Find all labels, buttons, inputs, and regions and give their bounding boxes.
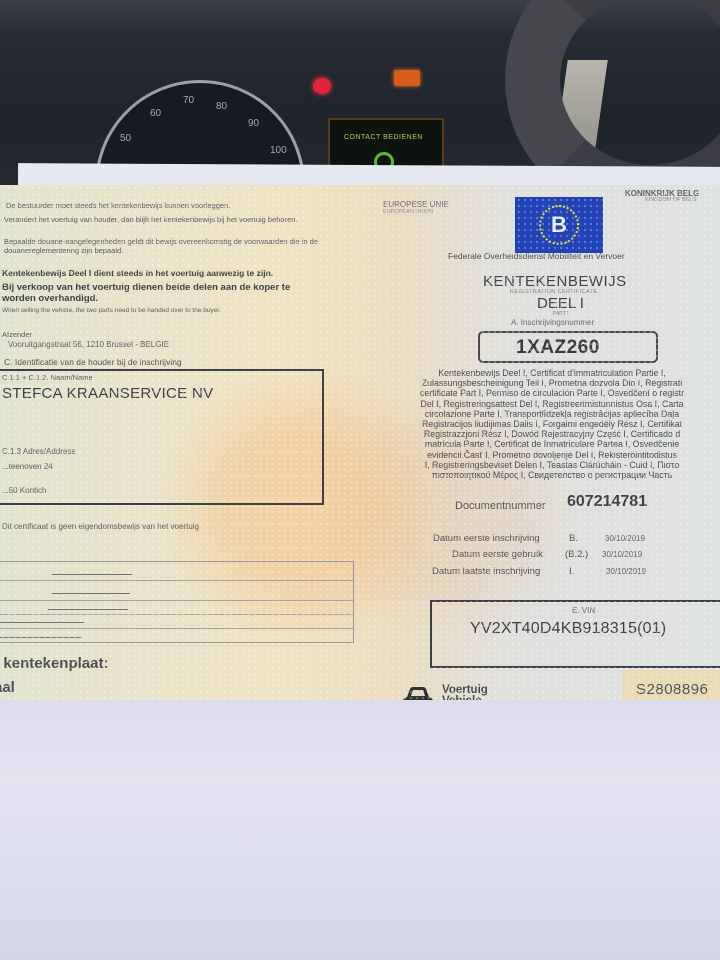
bold-note: Kentekenbewijs Deel I dient steeds in he…	[2, 268, 273, 278]
date-code: B.	[569, 533, 578, 544]
red-warning-light-icon	[313, 78, 331, 94]
envelope-paper	[0, 700, 720, 960]
multilingual-line: Registracijos liudijimas Dalis I, Forgal…	[372, 419, 720, 429]
blank-line	[0, 622, 84, 623]
plate-notice: • kentekenplaat:	[0, 655, 108, 672]
date-value: 30/10/2019	[606, 567, 646, 576]
registration-number: 1XAZ260	[516, 337, 600, 359]
blank-line	[52, 593, 130, 594]
multilingual-line: certificate Part I, Permiso de circulaci…	[372, 388, 720, 398]
holder-street: ...teenoven 24	[2, 462, 53, 471]
multilingual-line: Del I, Registreringsattest Del I, Regist…	[372, 399, 720, 409]
blank-line	[52, 574, 132, 575]
multilingual-line: circolazione Parte I, Transportlīdzekļa …	[372, 409, 720, 419]
blank-line	[0, 637, 82, 638]
speed-tick: 90	[248, 118, 259, 129]
multilingual-line: I, Registreringsbeviset Delen I, Teastas…	[372, 460, 720, 470]
eu-sub-label: EUROPEAN UNION	[383, 209, 433, 215]
eu-label: EUROPESE UNIE	[383, 200, 449, 209]
date-label: Datum laatste inschrijving	[432, 566, 540, 577]
speed-tick: 100	[270, 145, 287, 156]
date-label: Datum eerste gebruik	[452, 549, 543, 560]
holder-name: STEFCA KRAANSERVICE NV	[2, 385, 213, 402]
country-letter: B	[515, 197, 603, 253]
document-part-sub: PART I	[553, 311, 569, 317]
holder-box: C.1.1 + C.1.2. Naam/Name STEFCA KRAANSER…	[0, 369, 324, 505]
serial-number: S2808896	[636, 681, 708, 698]
date-value: 30/10/2019	[605, 534, 645, 543]
date-row-last-registration: Datum laatste inschrijving I. 30/10/2019	[432, 566, 540, 577]
document-part: DEEL I	[537, 295, 584, 312]
speed-tick: 50	[120, 133, 131, 144]
multilingual-line: matrícula Parte I, Certificat de înmatri…	[372, 439, 720, 449]
issuer-address: Vooruitgangstraat 56, 1210 Brussel - BEL…	[8, 340, 169, 349]
speed-tick: 60	[150, 108, 161, 119]
registration-certificate: De bestuurder moet steeds het kentekenbe…	[0, 185, 720, 720]
document-number-label: Documentnummer	[455, 500, 545, 512]
document-title: KENTEKENBEWIJS	[483, 273, 627, 290]
ownership-note: Dit certificaat is geen eigendomsbewijs …	[2, 522, 199, 531]
kingdom-sub-label: KINGDOM OF BELG	[645, 197, 697, 203]
multilingual-title-block: Kentekenbewijs Deel I, Certificat d'imma…	[372, 368, 720, 480]
registration-number-box: 1XAZ260	[478, 331, 658, 363]
speed-tick: 70	[183, 95, 194, 106]
date-row-first-registration: Datum eerste inschrijving B. 30/10/2019	[433, 533, 540, 544]
issuer-label: Afzender	[2, 330, 32, 339]
blank-line	[48, 609, 128, 610]
multilingual-line: πιστοποιητικού Μέρος I, Свидетелство о р…	[372, 470, 720, 480]
multilingual-line: Zulassungsbescheinigung Teil I, Prometna…	[372, 378, 720, 388]
ministry-label: Federale Overheidsdienst Mobiliteit en V…	[448, 251, 625, 261]
multilingual-line: evidencii Časť I, Prometno dovoljenje De…	[372, 450, 720, 460]
multilingual-line: Kentekenbewijs Deel I, Certificat d'imma…	[372, 368, 720, 378]
note-line: Bepaalde douane-aangelegenheden geldt di…	[4, 237, 344, 255]
vin-value: YV2XT40D4KB918315(01)	[470, 620, 666, 638]
holder-name-label: C.1.1 + C.1.2. Naam/Name	[2, 373, 93, 382]
date-code: (B.2.)	[565, 549, 588, 560]
date-label: Datum eerste inschrijving	[433, 533, 540, 544]
bold-note: Bij verkoop van het voertuig dienen beid…	[2, 282, 322, 304]
holder-city: ...50 Kontich	[2, 486, 46, 495]
display-text: CONTACT BEDIENEN	[344, 134, 423, 141]
multilingual-line: Registrazzjoni Rész I, Dowód Rejestracyj…	[372, 429, 720, 439]
note-line: Verandert het voertuig van houder, dan b…	[4, 215, 322, 224]
registration-label: A. Inschrijvingsnummer	[511, 318, 594, 327]
date-value: 30/10/2019	[602, 550, 642, 559]
note-english: When selling the vehicle, the two parts …	[2, 307, 221, 314]
plate-notice-text: kentekenplaat:	[3, 655, 108, 672]
holder-address-label: C.1.3 Adres/Address	[2, 447, 75, 456]
speed-tick: 80	[216, 101, 227, 112]
note-line: De bestuurder moet steeds het kentekenbe…	[6, 201, 230, 210]
vin-label: E. VIN	[572, 606, 595, 615]
document-number: 607214781	[567, 493, 647, 511]
plate-notice-line2: aal	[0, 679, 15, 696]
date-code: I.	[569, 566, 574, 577]
orange-warning-light-icon	[394, 70, 420, 86]
date-row-first-use: Datum eerste gebruik (B.2.) 30/10/2019	[452, 549, 543, 560]
holder-section-label: C. Identificatie van de houder bij de in…	[4, 357, 182, 367]
vin-box: E. VIN YV2XT40D4KB918315(01)	[430, 600, 720, 668]
eu-flag-icon: B	[515, 197, 603, 253]
